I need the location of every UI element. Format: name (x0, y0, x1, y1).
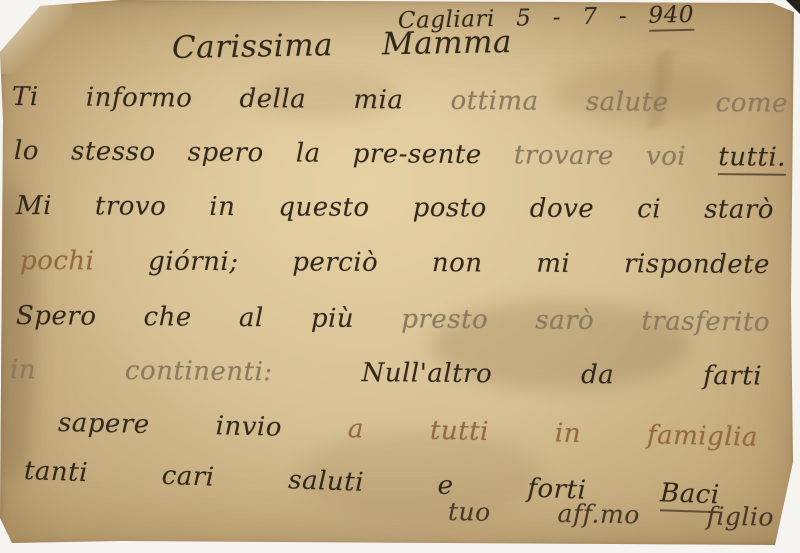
postcard-paper: Cagliari 5 - 7 - 940 Carissima Mamma Ti … (0, 0, 794, 545)
body-line-7: sapere invio a tutti in famiglia (58, 408, 758, 453)
line-segment: sapere invio (58, 408, 283, 443)
line-segment: pochi (20, 246, 95, 276)
body-line-1: Ti informo della mia ottima salute come (12, 82, 788, 119)
line-segment: Mi trovo in questo posto dove ci starò (16, 191, 774, 225)
line-segment: tutti. (718, 142, 786, 176)
line-segment: lo stesso spero la pre-sente (14, 136, 482, 170)
line-segment: ottima salute come (450, 86, 788, 119)
scanned-postcard-image: Cagliari 5 - 7 - 940 Carissima Mamma Ti … (0, 0, 800, 553)
line-segment: presto sarò trasferito (401, 304, 770, 337)
line-segment: Spero che al più (16, 301, 354, 334)
salutation: Carissima Mamma (172, 24, 513, 66)
dateline-year: 940 (648, 2, 694, 32)
handwriting-layer: Cagliari 5 - 7 - 940 Carissima Mamma Ti … (0, 0, 794, 545)
line-segment: in continenti: (10, 355, 273, 387)
body-line-4: pochi giórni; perciò non mi rispondete (20, 246, 770, 280)
body-line-6: in continenti: Null'altro da farti (10, 355, 762, 392)
signature-line: tuo aff.mo figlio (448, 497, 774, 532)
line-segment: giórni; perciò non mi rispondete (148, 247, 770, 280)
body-line-2: lo stesso spero la pre-sente trovare voi… (14, 136, 786, 173)
line-segment: Ti informo della mia (12, 82, 404, 115)
line-segment: Null'altro da farti (361, 358, 762, 391)
body-line-5: Spero che al più presto sarò trasferito (16, 301, 770, 338)
line-segment: trovare voi (514, 140, 687, 172)
body-line-3: Mi trovo in questo posto dove ci starò (16, 191, 774, 225)
line-segment: a tutti in famiglia (348, 414, 759, 453)
